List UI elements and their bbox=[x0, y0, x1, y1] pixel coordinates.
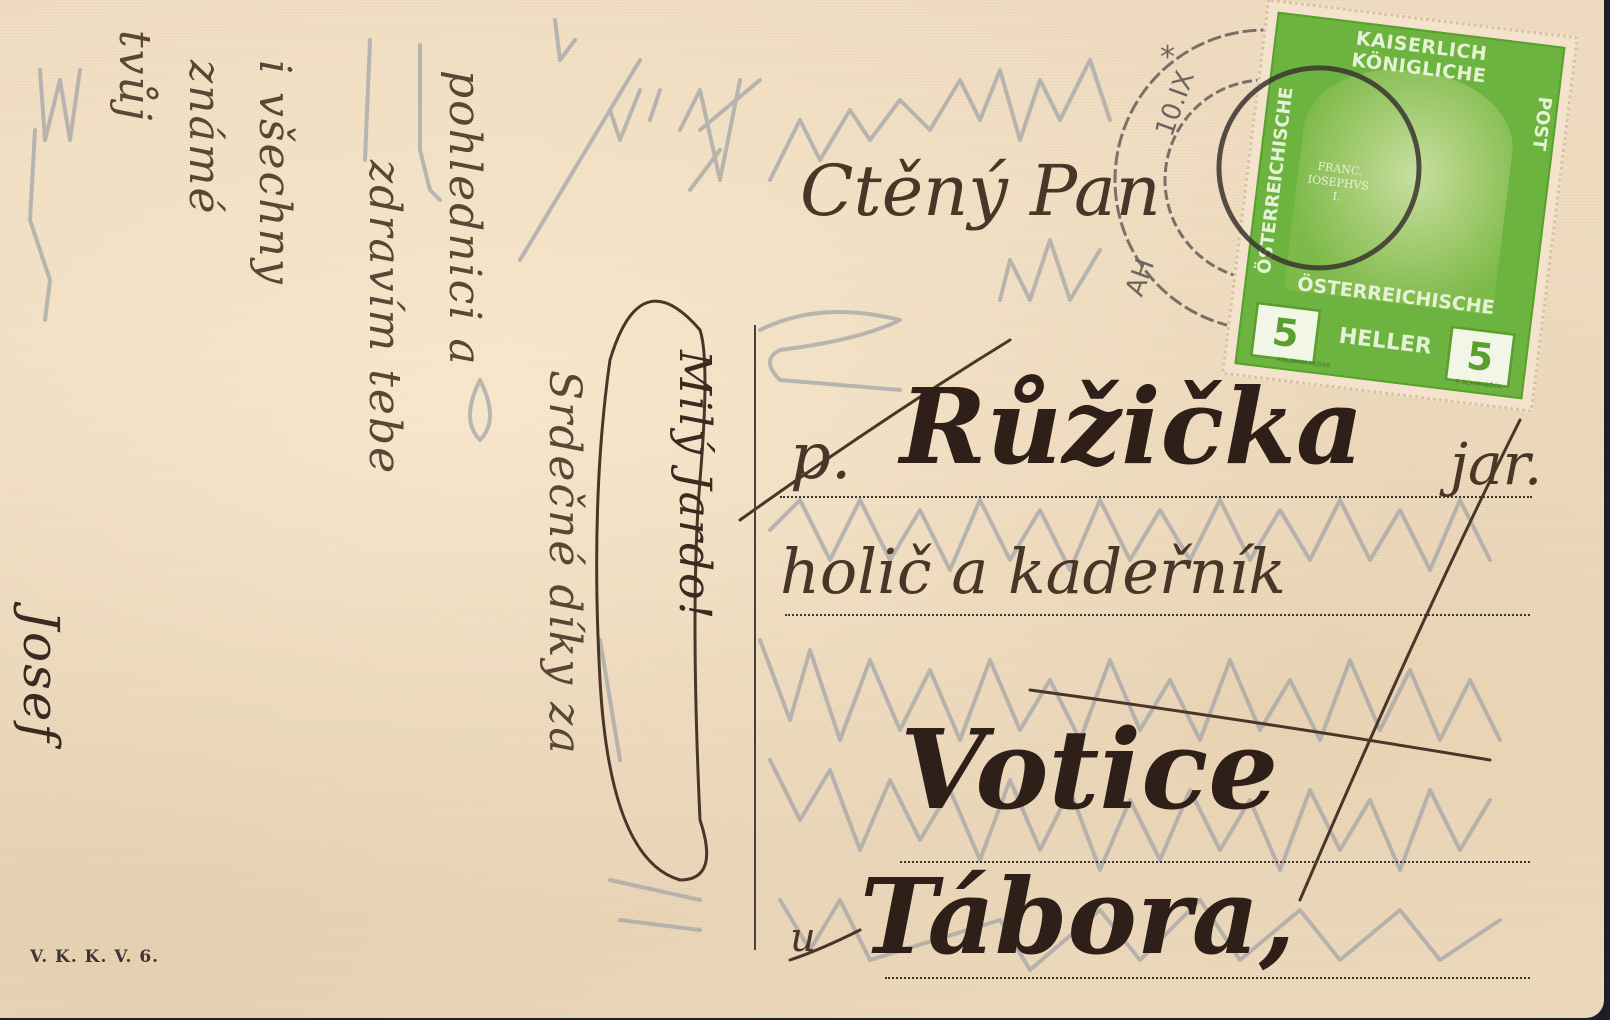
message-line-2: Srdečné díky za bbox=[539, 370, 590, 756]
address-name-suffix: jar. bbox=[1450, 430, 1542, 498]
message-line-4: zdravím tebe bbox=[359, 160, 410, 475]
address-region-prefix: u bbox=[790, 915, 816, 961]
address-line-1 bbox=[780, 496, 1532, 498]
address-town: Votice bbox=[900, 705, 1278, 834]
address-region: Tábora, bbox=[860, 855, 1295, 978]
address-occupation: holič a kadeřník bbox=[780, 535, 1286, 608]
publisher-imprint: V. K. K. V. 6. bbox=[30, 947, 159, 967]
stamp-denomination: HELLER bbox=[1319, 321, 1451, 362]
message-line-8: Josef bbox=[12, 610, 70, 744]
stamp-cancellation bbox=[1184, 24, 1454, 311]
postage-stamp: KAISERLICH KÖNIGLICHE ÖSTERREICHISCHE PO… bbox=[1234, 12, 1565, 400]
message-line-1: Milý Jardo! bbox=[669, 350, 720, 621]
address-salutation: Ctěný Pan bbox=[800, 150, 1161, 232]
address-line-2 bbox=[785, 614, 1530, 616]
postmark-date: 10.IX bbox=[1150, 67, 1201, 140]
message-line-5: i všechny bbox=[249, 60, 300, 286]
postmark-place: AH bbox=[1120, 255, 1161, 300]
address-divider-line bbox=[754, 325, 756, 950]
stamp-value-right: 5 bbox=[1444, 325, 1516, 389]
message-line-7: tvůj bbox=[109, 30, 160, 123]
address-title: p. bbox=[790, 420, 851, 494]
stamp-right-text: POST bbox=[1528, 96, 1555, 152]
stamp-value-left: 5 bbox=[1249, 301, 1321, 365]
message-line-3: pohlednici a bbox=[439, 70, 490, 367]
postcard-back: Milý Jardo! Srdečné díky za pohlednici a… bbox=[0, 0, 1604, 1018]
message-line-6: známé bbox=[179, 60, 230, 216]
